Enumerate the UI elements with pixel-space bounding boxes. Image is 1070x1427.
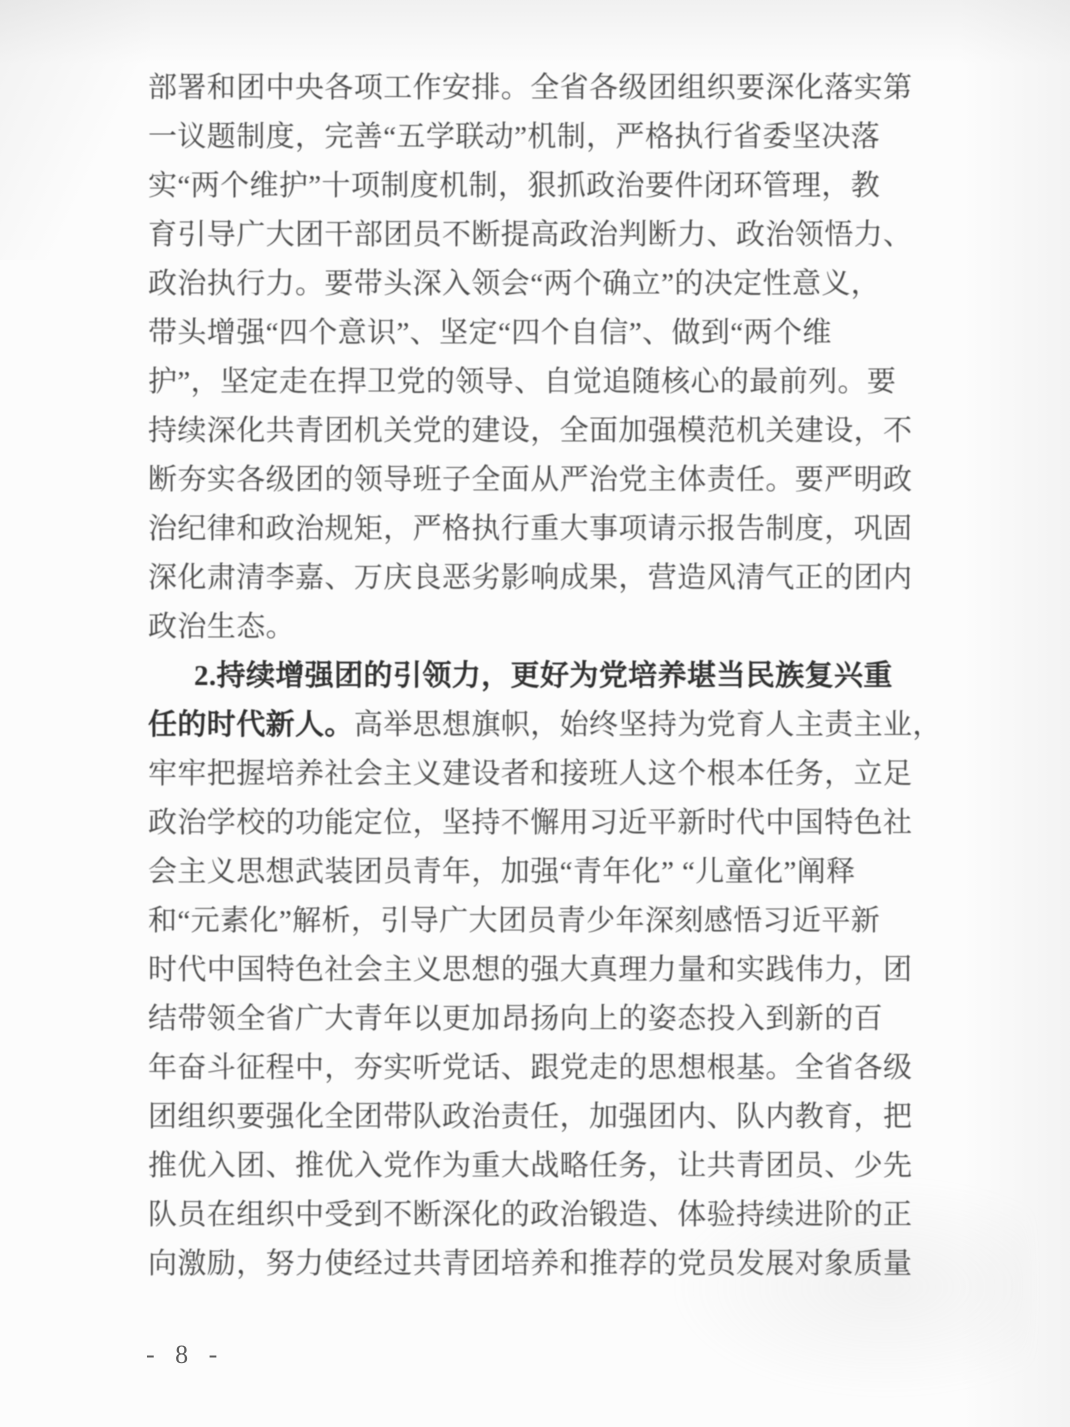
scan-artifact-top (0, 0, 1070, 64)
text-line: 政治学校的功能定位，坚持不懈用习近平新时代中国特色社 (148, 799, 913, 848)
body-text: 和“元素化”解析，引导广大团员青少年深刻感悟习近平新 (148, 905, 880, 937)
body-text: 政治生态。 (148, 611, 295, 643)
body-text: 会主义思想武装团员青年，加强“青年化” “儿童化”阐释 (148, 856, 856, 888)
scan-artifact-topleft (0, 0, 150, 260)
body-text: 推优入团、推优入党作为重大战略任务，让共青团员、少先 (148, 1150, 912, 1182)
text-line: 政治执行力。要带头深入领会“两个确立”的决定性意义， (148, 260, 913, 309)
body-text: 育引导广大团干部团员不断提高政治判断力、政治领悟力、 (148, 219, 912, 251)
text-line: 治纪律和政治规矩，严格执行重大事项请示报告制度，巩固 (148, 505, 913, 554)
bold-text: 任的时代新人。 (148, 709, 354, 741)
body-text: 时代中国特色社会主义思想的强大真理力量和实践伟力，团 (148, 954, 912, 986)
document-page: 部署和团中央各项工作安排。全省各级团组织要深化落实第 一议题制度，完善“五学联动… (0, 0, 1070, 1427)
text-line: 时代中国特色社会主义思想的强大真理力量和实践伟力，团 (148, 946, 913, 995)
body-text: 一议题制度，完善“五学联动”机制，严格执行省委坚决落 (148, 121, 880, 153)
body-text: 带头增强“四个意识”、坚定“四个自信”、做到“两个维 (148, 317, 832, 349)
text-line: 年奋斗征程中，夯实听党话、跟党走的思想根基。全省各级 (148, 1044, 913, 1093)
text-line: 一议题制度，完善“五学联动”机制，严格执行省委坚决落 (148, 113, 913, 162)
text-line: 会主义思想武装团员青年，加强“青年化” “儿童化”阐释 (148, 848, 913, 897)
body-text: 年奋斗征程中，夯实听党话、跟党走的思想根基。全省各级 (148, 1052, 912, 1084)
text-line: 实“两个维护”十项制度机制，狠抓政治要件闭环管理，教 (148, 162, 913, 211)
text-line: 任的时代新人。高举思想旗帜，始终坚持为党育人主责主业， (148, 701, 913, 750)
text-line: 向激励，努力使经过共青团培养和推荐的党员发展对象质量 (148, 1240, 913, 1289)
body-text: 部署和团中央各项工作安排。全省各级团组织要深化落实第 (148, 72, 912, 104)
body-text: 断夯实各级团的领导班子全面从严治党主体责任。要严明政 (148, 464, 912, 496)
body-text: 实“两个维护”十项制度机制，狠抓政治要件闭环管理，教 (148, 170, 880, 202)
body-text: 队员在组织中受到不断深化的政治锻造、体验持续进阶的正 (148, 1199, 912, 1231)
text-line: 团组织要强化全团带队政治责任，加强团内、队内教育，把 (148, 1093, 913, 1142)
text-line-paragraph-start: 2.持续增强团的引领力，更好为党培养堪当民族复兴重 (148, 652, 913, 701)
text-line: 断夯实各级团的领导班子全面从严治党主体责任。要严明政 (148, 456, 913, 505)
text-line: 牢牢把握培养社会主义建设者和接班人这个根本任务，立足 (148, 750, 913, 799)
text-line: 推优入团、推优入党作为重大战略任务，让共青团员、少先 (148, 1142, 913, 1191)
body-text: 结带领全省广大青年以更加昂扬向上的姿态投入到新的百 (148, 1003, 883, 1035)
body-text: 治纪律和政治规矩，严格执行重大事项请示报告制度，巩固 (148, 513, 912, 545)
bold-text: 2.持续增强团的引领力，更好为党培养堪当民族复兴重 (194, 660, 893, 692)
body-text: 深化肃清李嘉、万庆良恶劣影响成果，营造风清气正的团内 (148, 562, 912, 594)
text-line: 和“元素化”解析，引导广大团员青少年深刻感悟习近平新 (148, 897, 913, 946)
text-line: 育引导广大团干部团员不断提高政治判断力、政治领悟力、 (148, 211, 913, 260)
text-line: 政治生态。 (148, 603, 913, 652)
body-text: 牢牢把握培养社会主义建设者和接班人这个根本任务，立足 (148, 758, 912, 790)
page-number: - 8 - (146, 1340, 224, 1370)
body-text: 政治学校的功能定位，坚持不懈用习近平新时代中国特色社 (148, 807, 912, 839)
text-line: 带头增强“四个意识”、坚定“四个自信”、做到“两个维 (148, 309, 913, 358)
body-text: 团组织要强化全团带队政治责任，加强团内、队内教育，把 (148, 1101, 912, 1133)
text-line: 部署和团中央各项工作安排。全省各级团组织要深化落实第 (148, 64, 913, 113)
body-text: 持续深化共青团机关党的建设，全面加强模范机关建设，不 (148, 415, 912, 447)
text-line: 深化肃清李嘉、万庆良恶劣影响成果，营造风清气正的团内 (148, 554, 913, 603)
scan-artifact-right (960, 0, 1070, 1427)
text-line: 持续深化共青团机关党的建设，全面加强模范机关建设，不 (148, 407, 913, 456)
text-line: 队员在组织中受到不断深化的政治锻造、体验持续进阶的正 (148, 1191, 913, 1240)
body-text-block: 部署和团中央各项工作安排。全省各级团组织要深化落实第 一议题制度，完善“五学联动… (148, 64, 913, 1289)
text-line: 结带领全省广大青年以更加昂扬向上的姿态投入到新的百 (148, 995, 913, 1044)
text-line: 护”，坚定走在捍卫党的领导、自觉追随核心的最前列。要 (148, 358, 913, 407)
body-text: 护”，坚定走在捍卫党的领导、自觉追随核心的最前列。要 (148, 366, 896, 398)
body-text: 向激励，努力使经过共青团培养和推荐的党员发展对象质量 (148, 1248, 912, 1280)
body-text: 政治执行力。要带头深入领会“两个确立”的决定性意义， (148, 268, 880, 300)
body-text: 高举思想旗帜，始终坚持为党育人主责主业， (354, 709, 942, 741)
